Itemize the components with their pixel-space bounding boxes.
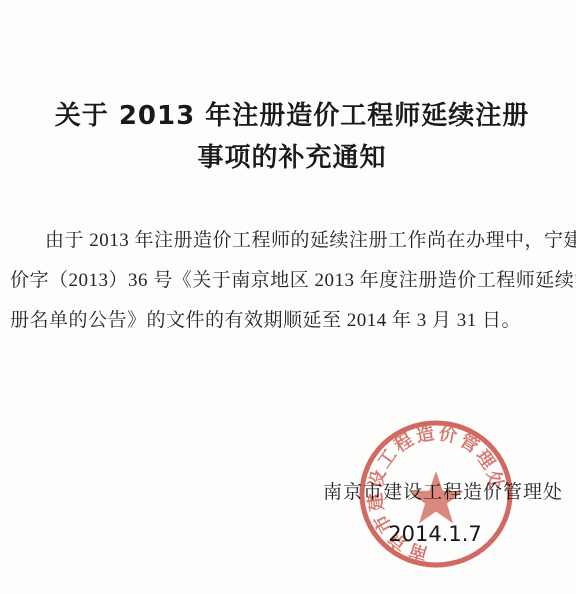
seal-arc-char: 设 [364,468,390,491]
document-title: 关于 2013 年注册造价工程师延续注册 事项的补充通知 [16,95,568,179]
body-line-1: 由于 2013 年注册造价工程师的延续注册工作尚在办理中，宁建 [10,221,518,261]
document-body: 由于 2013 年注册造价工程师的延续注册工作尚在办理中，宁建 价字（2013）… [10,221,518,341]
title-line-1: 关于 2013 年注册造价工程师延续注册 [16,95,568,137]
body-line-3: 册名单的公告》的文件的有效期顺延至 2014 年 3 月 31 日。 [10,301,518,341]
official-seal: 南京市建设工程造价管理处 [356,414,516,574]
seal-arc-char: 建 [364,492,388,513]
seal-arc-char: 处 [482,469,508,492]
document-page: 关于 2013 年注册造价工程师延续注册 事项的补充通知 由于 2013 年注册… [0,0,576,594]
seal-arc-char: 造 [414,422,436,447]
body-line-2: 价字（2013）36 号《关于南京地区 2013 年度注册造价工程师延续注 [10,261,518,301]
title-line-2: 事项的补充通知 [16,137,568,179]
seal-arc-char: 价 [437,422,459,447]
star-icon [408,471,463,524]
